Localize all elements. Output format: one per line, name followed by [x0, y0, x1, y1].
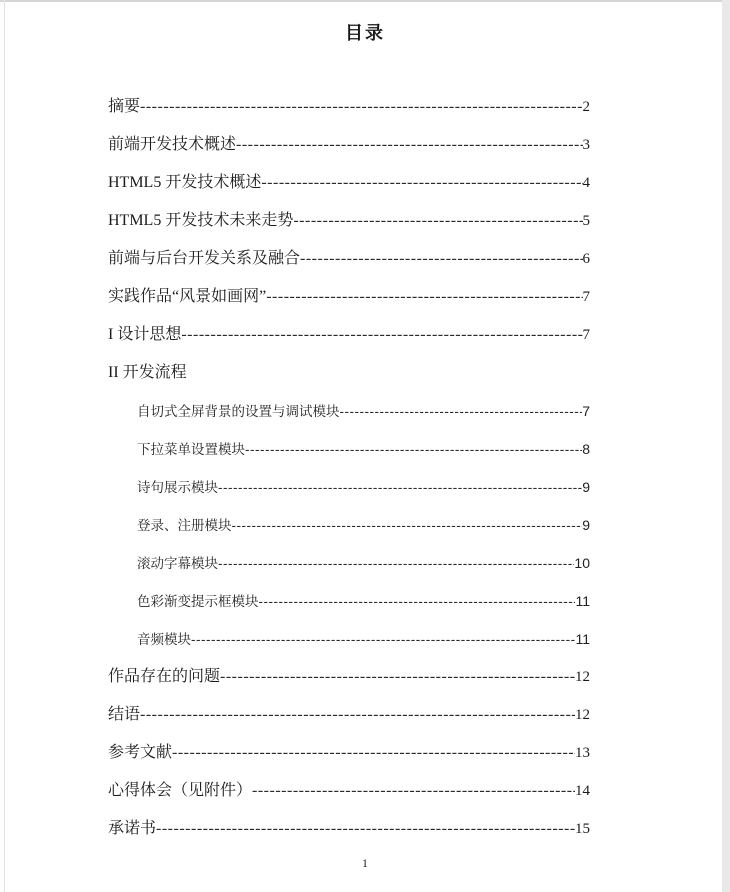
toc-entry-page: 15 — [575, 810, 590, 848]
toc-entry: 登录、注册模块 --------------------------------… — [108, 506, 590, 544]
toc-leader-dashes: ----------------------------------------… — [252, 772, 575, 810]
toc-leader-dashes: ----------------------------------------… — [220, 658, 575, 696]
toc-entry: 结语 -------------------------------------… — [108, 696, 590, 734]
toc-entry: 前端开发技术概述 -------------------------------… — [108, 126, 590, 164]
toc-entry: 心得体会（见附件） ------------------------------… — [108, 772, 590, 810]
toc-leader-dashes: ----------------------------------------… — [140, 88, 582, 126]
toc-entry: 下拉菜单设置模块 -------------------------------… — [108, 430, 590, 468]
toc-entry: I 设计思想 ---------------------------------… — [108, 316, 590, 354]
toc-leader-dashes: ----------------------------------------… — [140, 696, 575, 734]
toc-entry-page: 11 — [575, 620, 590, 658]
toc-entry-label: II 开发流程 — [108, 354, 187, 392]
toc-entry-page: 7 — [583, 278, 591, 316]
toc-entry: 音频模块 -----------------------------------… — [108, 620, 590, 658]
toc-entry-label: 前端开发技术概述 — [108, 126, 236, 164]
toc-entry: 参考文献 -----------------------------------… — [108, 734, 590, 772]
toc-leader-dashes: ----------------------------------------… — [181, 316, 582, 354]
toc-entry-page: 13 — [575, 734, 590, 772]
toc-leader-dashes: ----------------------------------------… — [261, 164, 582, 202]
toc-entry-page: 2 — [583, 88, 591, 126]
toc-entry-label: 实践作品“风景如画网” — [108, 278, 266, 316]
toc-entry-page: 9 — [582, 468, 590, 506]
toc-leader-dashes: ----------------------------------------… — [293, 202, 582, 240]
page-edge-left — [4, 0, 5, 892]
toc-leader-dashes: ----------------------------------------… — [266, 278, 582, 316]
toc-entry-label: 摘要 — [108, 88, 140, 126]
toc-list: 摘要 -------------------------------------… — [108, 88, 590, 848]
page-number: 1 — [0, 856, 730, 871]
toc-entry-page: 3 — [583, 126, 591, 164]
toc-entry-page: 5 — [583, 202, 591, 240]
toc-entry-label: I 设计思想 — [108, 316, 181, 354]
toc-entry-page: 7 — [582, 392, 590, 430]
toc-entry-page: 9 — [582, 506, 590, 544]
toc-entry-page: 10 — [574, 544, 590, 582]
toc-entry-label: 参考文献 — [108, 734, 172, 772]
toc-leader-dashes: ----------------------------------------… — [191, 621, 575, 659]
toc-entry-label: 下拉菜单设置模块 — [137, 431, 245, 469]
toc-entry-label: 自切式全屏背景的设置与调试模块 — [137, 393, 340, 431]
toc-entry: 承诺书 ------------------------------------… — [108, 810, 590, 848]
toc-entry-label: HTML5 开发技术未来走势 — [108, 202, 293, 240]
toc-entry-page: 8 — [582, 430, 590, 468]
toc-entry-label: 色彩渐变提示框模块 — [137, 583, 259, 621]
toc-entry-label: 滚动字幕模块 — [137, 545, 218, 583]
toc-entry-label: 结语 — [108, 696, 140, 734]
toc-entry: 诗句展示模块 ---------------------------------… — [108, 468, 590, 506]
toc-entry: HTML5 开发技术未来走势 -------------------------… — [108, 202, 590, 240]
toc-leader-dashes: ----------------------------------------… — [259, 583, 576, 621]
toc-leader-dashes: ----------------------------------------… — [300, 240, 582, 278]
toc-entry: 作品存在的问题 --------------------------------… — [108, 658, 590, 696]
page-edge-right — [722, 0, 730, 892]
toc-leader-dashes: ----------------------------------------… — [236, 126, 582, 164]
toc-entry-page: 7 — [583, 316, 591, 354]
toc-leader-dashes: ----------------------------------------… — [340, 393, 583, 431]
toc-entry-page: 6 — [583, 240, 591, 278]
toc-leader-dashes: ----------------------------------------… — [218, 469, 582, 507]
toc-entry-label: 心得体会（见附件） — [108, 772, 252, 810]
toc-leader-dashes: ----------------------------------------… — [172, 734, 575, 772]
toc-entry-page: 14 — [575, 772, 590, 810]
toc-entry: II 开发流程 — [108, 354, 590, 392]
toc-entry-label: 前端与后台开发关系及融合 — [108, 240, 300, 278]
toc-leader-dashes: ----------------------------------------… — [218, 545, 574, 583]
toc-entry-label: HTML5 开发技术概述 — [108, 164, 261, 202]
toc-title: 目录 — [0, 21, 730, 45]
toc-entry: 摘要 -------------------------------------… — [108, 88, 590, 126]
toc-entry-label: 承诺书 — [108, 810, 156, 848]
page-edge-top — [0, 0, 730, 2]
toc-leader-dashes: ----------------------------------------… — [156, 810, 575, 848]
toc-entry-label: 作品存在的问题 — [108, 658, 220, 696]
toc-entry: 实践作品“风景如画网” ----------------------------… — [108, 278, 590, 316]
toc-leader-dashes: ----------------------------------------… — [232, 507, 583, 545]
toc-entry-label: 音频模块 — [137, 621, 191, 659]
toc-entry-page: 11 — [575, 582, 590, 620]
toc-entry-label: 登录、注册模块 — [137, 507, 232, 545]
toc-entry-page: 4 — [583, 164, 591, 202]
toc-entry: 前端与后台开发关系及融合 ---------------------------… — [108, 240, 590, 278]
toc-entry-label: 诗句展示模块 — [137, 469, 218, 507]
toc-entry: 自切式全屏背景的设置与调试模块 ------------------------… — [108, 392, 590, 430]
document-page: 目录 摘要 ----------------------------------… — [0, 0, 730, 892]
toc-entry-page: 12 — [575, 658, 590, 696]
toc-entry: 色彩渐变提示框模块 ------------------------------… — [108, 582, 590, 620]
toc-entry-page: 12 — [575, 696, 590, 734]
toc-entry: 滚动字幕模块 ---------------------------------… — [108, 544, 590, 582]
toc-entry: HTML5 开发技术概述 ---------------------------… — [108, 164, 590, 202]
toc-leader-dashes: ----------------------------------------… — [245, 431, 582, 469]
